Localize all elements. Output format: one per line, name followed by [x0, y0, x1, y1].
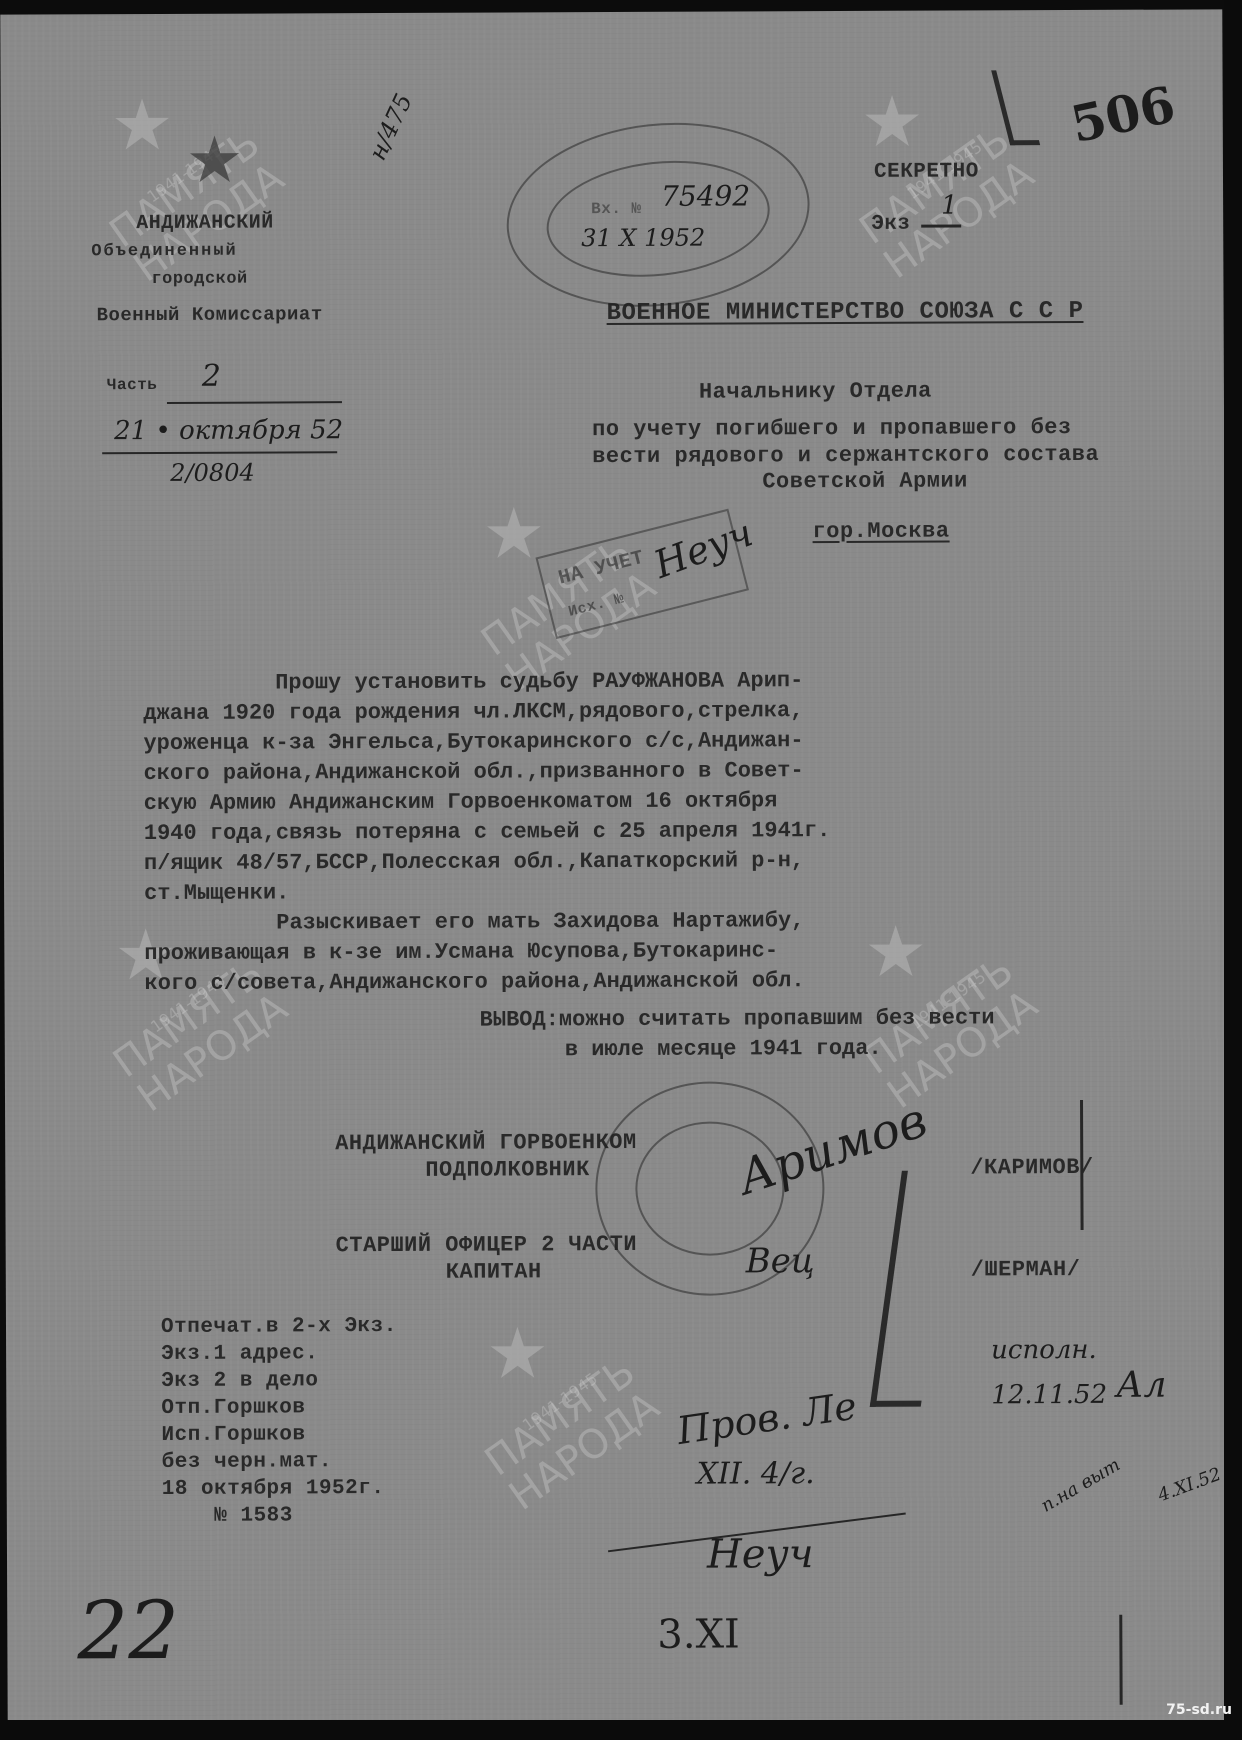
sender-stamp-line2: Объединенный: [91, 242, 238, 262]
vertical-pen-mark: [1080, 1100, 1084, 1230]
left-bottom-note: 22: [77, 1584, 179, 1677]
body-line: Прошу установить судьбу РАУФЖАНОВА Арип-: [143, 664, 1193, 699]
scan-border-bottom: [0, 1720, 1242, 1740]
body-line: п/ящик 48/57,БССР,Полесская обл.,Капатко…: [144, 844, 1194, 879]
paragraph-mother: Разыскивает его мать Захидова Нартажибу,…: [144, 904, 1194, 999]
addressee-city: гор.Москва: [812, 519, 949, 545]
signer1-name: /КАРИМОВ/: [970, 1155, 1093, 1181]
letter-body: Прошу установить судьбу РАУФЖАНОВА Арип-…: [143, 664, 1195, 1067]
sender-stamp-line3: городской: [151, 270, 247, 289]
right-note-2: 4.XI.52: [1155, 1464, 1224, 1506]
body-line: ст.Мыщенки.: [144, 874, 1194, 909]
executed-note: исполн.: [991, 1335, 1097, 1365]
margin-note: н/475: [363, 89, 418, 164]
part-label: Часть: [107, 376, 158, 394]
body-line: ского района,Андижанской обл.,призванног…: [144, 754, 1194, 789]
executed-date: 12.11.52: [991, 1380, 1107, 1411]
date-underline: [102, 451, 337, 454]
body-line: 1940 года,связь потеряна с семьей с 25 а…: [144, 814, 1194, 849]
incoming-date: 31 Х 1952: [581, 224, 705, 253]
conclusion-line: в июле месяце 1941 года.: [480, 1032, 1195, 1065]
signer2-title-line1: СТАРШИЙ ОФИЦЕР 2 ЧАСТИ: [336, 1232, 638, 1258]
executed-initials: Ал: [1116, 1365, 1166, 1406]
paragraph-conclusion: ВЫВОД:можно считать пропавшим без вести …: [145, 1002, 1195, 1067]
part-value: 2: [202, 359, 221, 394]
signer2-title-line2: КАПИТАН: [446, 1259, 542, 1284]
large-check-mark-icon: [870, 1171, 953, 1407]
center-note-1: Пров. Ле: [674, 1384, 859, 1453]
watermark-star-icon: ★: [486, 1312, 549, 1394]
paragraph-request: Прошу установить судьбу РАУФЖАНОВА Арип-…: [143, 664, 1194, 909]
body-line: скую Армию Андижанским Горвоенкоматом 16…: [144, 784, 1194, 819]
sender-date: 21 • октября 52: [114, 415, 343, 446]
copy-label: Экз: [871, 213, 910, 236]
incoming-number: 75492: [661, 179, 750, 212]
addressee-line3: вести рядового и сержантского состава: [592, 442, 1099, 469]
sender-stamp-line4: Военный Комиссариат: [97, 303, 323, 326]
copy-underline: [921, 224, 961, 227]
addressee-line2: по учету погибшего и пропавшего без: [592, 415, 1072, 442]
center-note-3: Неуч: [707, 1531, 814, 1577]
document-page: ★ 1941-1945 ПАМЯТЬ НАРОДА ★ 1941-1945 ПА…: [0, 9, 1229, 1726]
part-underline: [167, 401, 342, 404]
signer1-title-line2: ПОДПОЛКОВНИК: [425, 1157, 590, 1183]
bottom-pen-mark: [1119, 1615, 1122, 1705]
distribution-list: Отпечат.в 2-х Экз. Экз.1 адрес. Экз 2 в …: [161, 1313, 398, 1530]
incoming-number-label: Вх. №: [591, 200, 642, 218]
copy-value: 1: [941, 190, 958, 220]
classification-label: СЕКРЕТНО: [874, 160, 979, 183]
addressee-line1: Начальнику Отдела: [699, 379, 932, 405]
right-note-1: п.на выт: [1037, 1454, 1123, 1516]
sender-number: 2/0804: [170, 459, 255, 487]
watermark-star-icon: ★: [111, 84, 174, 166]
ministry-heading: ВОЕННОЕ МИНИСТЕРСТВО СОЮЗА С С Р: [607, 298, 1084, 327]
conclusion-line: ВЫВОД:можно считать пропавшим без вести: [480, 1002, 1195, 1035]
watermark-star-icon: ★: [861, 81, 924, 163]
body-line: Разыскивает его мать Захидова Нартажибу,: [144, 904, 1194, 939]
sender-stamp-line1: АНДИЖАНСКИЙ: [136, 211, 274, 235]
red-star-icon: ★: [186, 124, 244, 198]
body-line: кого с/совета,Андижанского района,Андижа…: [144, 964, 1194, 999]
source-watermark: 75-sd.ru: [1166, 1702, 1232, 1718]
body-line: джана 1920 года рождения чл.ЛКСМ,рядовог…: [143, 694, 1193, 729]
center-note-4: 3.XI: [657, 1611, 740, 1657]
signature-2: Вец: [746, 1241, 815, 1281]
signer2-name: /ШЕРМАН/: [971, 1257, 1081, 1282]
corner-note: 506: [1066, 74, 1181, 154]
signer1-title-line1: АНДИЖАНСКИЙ ГОРВОЕНКОМ: [335, 1130, 637, 1156]
scan-border-right: [1224, 0, 1242, 1740]
center-note-2: XII. 4/г.: [697, 1456, 815, 1492]
body-line: уроженца к-за Энгельса,Бутокаринского с/…: [143, 724, 1193, 759]
body-line: проживающая в к-зе им.Усмана Юсупова,Бут…: [144, 934, 1194, 969]
addressee-line4: Советской Армии: [762, 468, 968, 494]
